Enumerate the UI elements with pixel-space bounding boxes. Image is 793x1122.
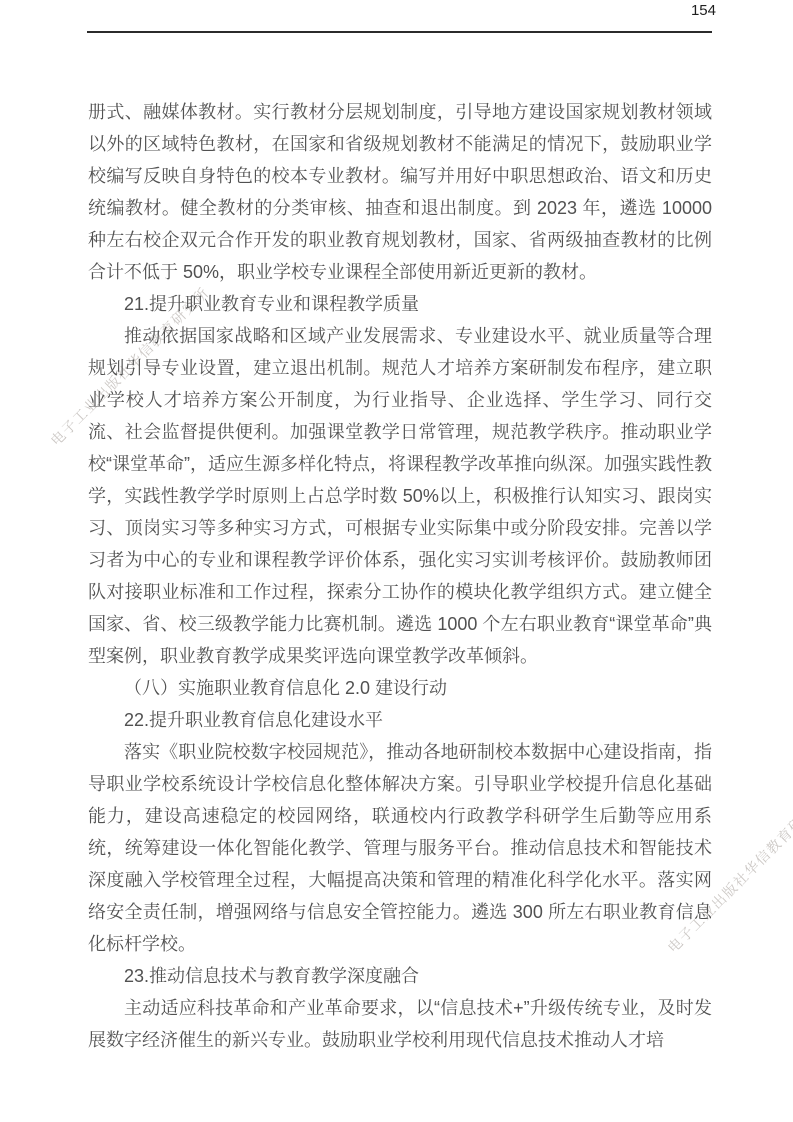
- paragraph: 册式、融媒体教材。实行教材分层规划制度，引导地方建设国家规划教材领域以外的区域特…: [88, 96, 712, 288]
- document-body: 册式、融媒体教材。实行教材分层规划制度，引导地方建设国家规划教材领域以外的区域特…: [88, 96, 712, 1056]
- paragraph: 落实《职业院校数字校园规范》，推动各地研制校本数据中心建设指南，指导职业学校系统…: [88, 736, 712, 960]
- document-page: 154 电子工业出版社华信教育研究所 电子工业出版社华信教育研究所 册式、融媒体…: [0, 0, 793, 1122]
- section-heading: 23.推动信息技术与教育教学深度融合: [88, 960, 712, 992]
- page-number: 154: [691, 2, 716, 20]
- section-heading: （八）实施职业教育信息化 2.0 建设行动: [88, 672, 712, 704]
- paragraph: 主动适应科技革命和产业革命要求，以“信息技术+”升级传统专业，及时发展数字经济催…: [88, 992, 712, 1056]
- header-rule: [87, 31, 712, 33]
- section-heading: 22.提升职业教育信息化建设水平: [88, 704, 712, 736]
- paragraph: 推动依据国家战略和区域产业发展需求、专业建设水平、就业质量等合理规划引导专业设置…: [88, 320, 712, 672]
- section-heading: 21.提升职业教育专业和课程教学质量: [88, 288, 712, 320]
